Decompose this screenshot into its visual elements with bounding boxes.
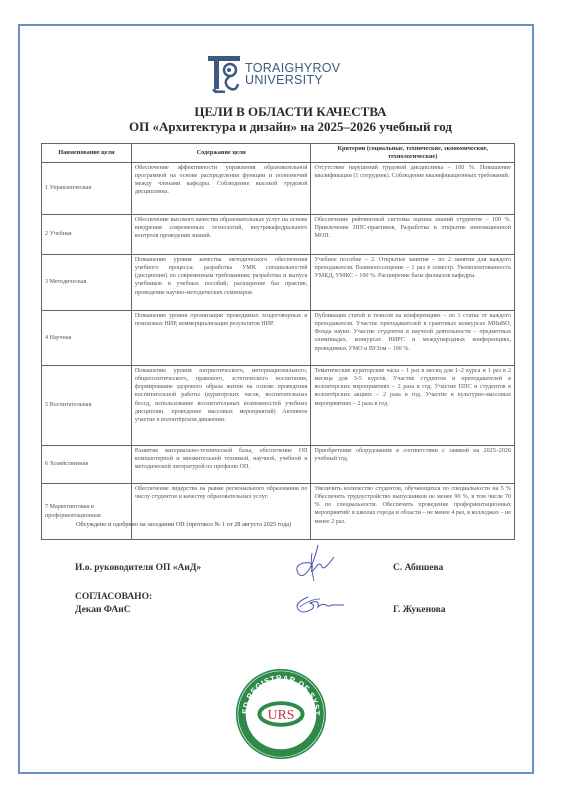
goal-criteria: Приобретение оборудования в соответствии… bbox=[311, 446, 515, 484]
urs-iso-seal-icon: UNITED REGISTRAR OF SYSTEMS ISO 9001 URS bbox=[232, 665, 330, 763]
svg-text:URS: URS bbox=[268, 707, 295, 722]
university-name-line2: UNIVERSITY bbox=[245, 74, 340, 86]
table-row: 2 Учебная Обеспечение высокого качества … bbox=[42, 215, 515, 255]
goal-name: 5 Воспитательная bbox=[42, 366, 132, 446]
goal-name: 2 Учебная bbox=[42, 215, 132, 255]
goal-content: Обеспечение лидерства на рынке региональ… bbox=[131, 484, 311, 540]
dean-title: Декан ФАиС bbox=[75, 605, 131, 615]
header-goal-content: Содержание цели bbox=[131, 144, 311, 163]
table-header-row: Наименование цели Содержание цели Критер… bbox=[42, 144, 515, 163]
table-row: 7 Маркетинговая и профориентационная Обе… bbox=[42, 484, 515, 540]
agreed-label: СОГЛАСОВАНО: bbox=[75, 592, 152, 602]
goal-name: 4 Научная bbox=[42, 311, 132, 366]
goal-content: Развитие материально-технической базы, о… bbox=[131, 446, 311, 484]
goal-name: 3 Методическая bbox=[42, 255, 132, 311]
goal-criteria: Обеспечение рейтинговой системы оценки з… bbox=[311, 215, 515, 255]
table-row: 5 Воспитательная Повышение уровня патрио… bbox=[42, 366, 515, 446]
header-goal-name: Наименование цели bbox=[42, 144, 132, 163]
goal-name: 1 Управленческая bbox=[42, 163, 132, 215]
goal-content: Повышение уровня организации проводимых … bbox=[131, 311, 311, 366]
goal-content: Повышение уровня качества методического … bbox=[131, 255, 311, 311]
goal-criteria: Увеличить количество студентов, обучающи… bbox=[311, 484, 515, 540]
table-row: 4 Научная Повышение уровня организации п… bbox=[42, 311, 515, 366]
head-name: С. Абишева bbox=[393, 563, 443, 573]
goal-name: 7 Маркетинговая и профориентационная bbox=[42, 484, 132, 540]
table-row: 3 Методическая Повышение уровня качества… bbox=[42, 255, 515, 311]
table-row: 1 Управленческая Обеспечение эффективнос… bbox=[42, 163, 515, 215]
table-row: 6 Хозяйственная Развитие материально-тех… bbox=[42, 446, 515, 484]
approval-note: Обсуждено и одобрено на заседании ОП (пр… bbox=[76, 521, 291, 528]
signature-icon bbox=[288, 543, 338, 585]
goal-criteria: Учебное пособие – 2. Открытые занятия – … bbox=[311, 255, 515, 311]
goal-content: Обеспечение высокого качества образовате… bbox=[131, 215, 311, 255]
header-criteria: Критерии (социальные, технические, эконо… bbox=[311, 144, 515, 163]
goal-content: Обеспечение эффективности управления обр… bbox=[131, 163, 311, 215]
goal-criteria: Отсутствие нарушений трудовой дисциплины… bbox=[311, 163, 515, 215]
goal-content: Повышение уровня патриотического, интерн… bbox=[131, 366, 311, 446]
quality-goals-table: Наименование цели Содержание цели Критер… bbox=[41, 143, 515, 540]
toraighyrov-logo-icon bbox=[207, 55, 241, 93]
dean-name: Г. Жукенова bbox=[393, 605, 445, 615]
university-logo: TORAIGHYROV UNIVERSITY bbox=[207, 54, 347, 94]
head-title: И.о. руководителя ОП «АиД» bbox=[75, 563, 201, 573]
signature-icon bbox=[290, 593, 346, 617]
goal-criteria: Публикация статей и тезисов на конференц… bbox=[311, 311, 515, 366]
document-title: ЦЕЛИ В ОБЛАСТИ КАЧЕСТВА bbox=[0, 104, 581, 120]
page-mark: · bbox=[356, 786, 358, 791]
goal-name: 6 Хозяйственная bbox=[42, 446, 132, 484]
document-subtitle: ОП «Архитектура и дизайн» на 2025–2026 у… bbox=[0, 119, 581, 135]
goal-criteria: Тематические кураторские часы – 1 раз в … bbox=[311, 366, 515, 446]
